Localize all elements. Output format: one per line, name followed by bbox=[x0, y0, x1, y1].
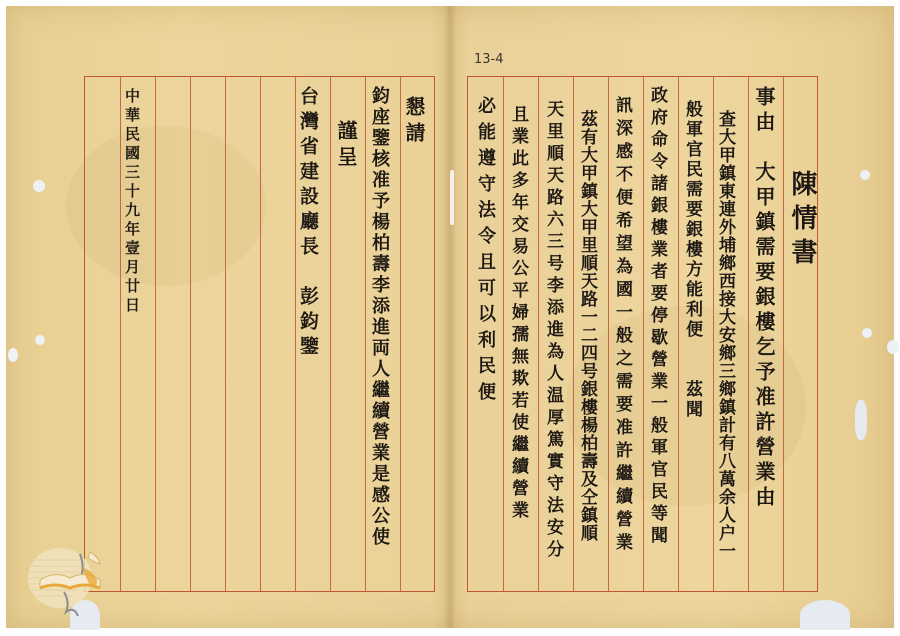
reference-number: 13-4 bbox=[474, 52, 504, 67]
left-column-date: 中華民國三十九年壹月廿日 bbox=[122, 88, 143, 316]
right-column-9: 必能遵守法令且可以利民便 bbox=[472, 96, 498, 408]
right-column-2: 查大甲鎮東連外埔鄉西接大安鄉三鄉鎮計有八萬余人户一 bbox=[713, 110, 738, 560]
paper-damage-speck bbox=[35, 335, 45, 345]
left-column-recipient: 台灣省建設廳長 彭鈞鑒 bbox=[295, 86, 322, 361]
right-column-5: 訊深感不便希望為國一般之需要准許繼續營業 bbox=[610, 96, 635, 556]
right-column-8: 且業此多年交易公平婦孺無欺若使繼續營業 bbox=[506, 105, 531, 523]
right-column-6: 茲有大甲鎮大甲里順天路一二四号銀樓楊柏壽及仝鎮順 bbox=[575, 110, 600, 542]
left-column-body: 鈞座鑒核准予楊柏壽李添進両人繼續營業是感公使 bbox=[366, 86, 392, 548]
paper-damage-speck bbox=[860, 170, 870, 180]
book-fold bbox=[444, 6, 456, 628]
right-column-4: 政府命令諸銀樓業者要停歇營業一般軍官民等聞 bbox=[645, 86, 670, 548]
paper-damage-speck bbox=[862, 328, 872, 338]
paper-tear bbox=[800, 600, 850, 630]
document-title: 陳情書 bbox=[784, 170, 821, 272]
right-column-3: 般軍官民需要銀樓方能利便 茲聞 bbox=[680, 100, 705, 420]
right-column-1: 事由 大甲鎮需要銀樓乞予准許營業由 bbox=[750, 86, 779, 511]
left-column-respectfully: 謹呈 bbox=[332, 120, 361, 172]
paper-damage-speck bbox=[887, 340, 899, 354]
right-column-7: 天里順天路六三号李添進為人温厚篤實守法安分 bbox=[541, 100, 566, 562]
left-column-request: 懇請 bbox=[400, 96, 429, 148]
paper-tear bbox=[450, 170, 454, 225]
paper-tear bbox=[855, 400, 867, 440]
open-book-taiwan-map-logo bbox=[20, 540, 120, 630]
paper-damage-speck bbox=[33, 180, 45, 192]
paper-damage-speck bbox=[8, 348, 18, 362]
